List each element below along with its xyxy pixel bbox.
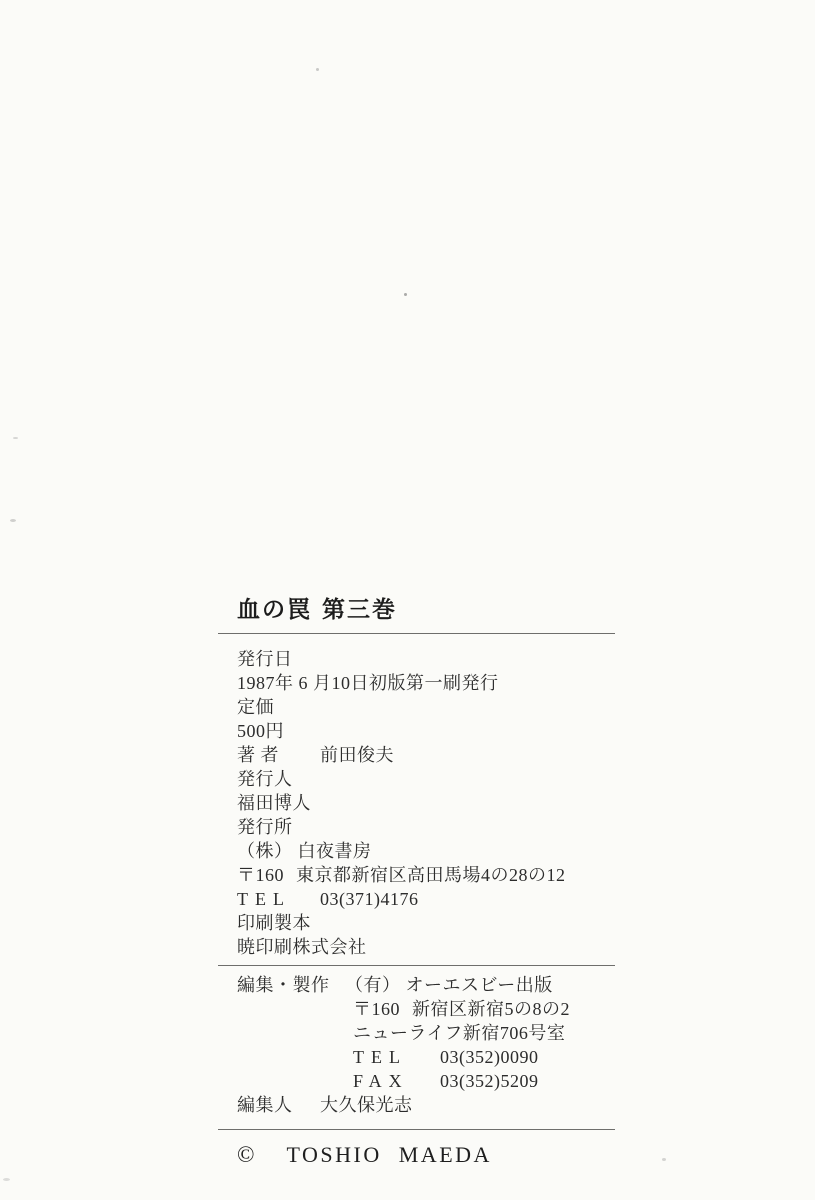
editorial-info-block: 編集・製作（有） オーエスビー出版 〒160新宿区新宿5の8の2 ニューライフ新… (237, 973, 615, 1117)
editorial-tel-number: 03(352)0090 (440, 1047, 539, 1067)
scan-speck (404, 293, 407, 296)
printing-company: 暁印刷株式会社 (237, 935, 615, 959)
editor-label: 編集人 (237, 1093, 320, 1117)
divider-above-copyright (218, 1129, 615, 1130)
colophon-block: 血の罠 第三巻 発行日 1987年 6 月10日初版第一刷発行 定価 500円 … (218, 588, 615, 1170)
author-label: 著 者 (237, 743, 320, 767)
publishing-office-name: （株） 白夜書房 (237, 839, 615, 863)
author-name: 前田俊夫 (320, 745, 394, 765)
editorial-address: 新宿区新宿5の8の2 (412, 999, 570, 1019)
issue-date-label: 発行日 (237, 647, 615, 671)
publisher-tel-label: TEL (237, 887, 320, 911)
editor-row: 編集人大久保光志 (237, 1093, 615, 1117)
editing-production-row: 編集・製作（有） オーエスビー出版 (237, 973, 615, 997)
printing-label: 印刷製本 (237, 911, 615, 935)
editing-production-label: 編集・製作 (237, 973, 345, 997)
scan-speck (3, 1178, 10, 1181)
author-row: 著 者前田俊夫 (237, 743, 615, 767)
copyright-holder: TOSHIO MAEDA (286, 1142, 491, 1167)
editorial-address-line2: ニューライフ新宿706号室 (237, 1021, 615, 1045)
publishing-office-label: 発行所 (237, 815, 615, 839)
scanned-colophon-page: 血の罠 第三巻 発行日 1987年 6 月10日初版第一刷発行 定価 500円 … (0, 0, 815, 1200)
copyright-icon: © (237, 1140, 254, 1170)
scan-speck (662, 1158, 666, 1161)
editorial-tel-label: TEL (353, 1045, 440, 1069)
book-title: 血の罠 第三巻 (237, 596, 615, 624)
divider-above-editorial (218, 965, 615, 966)
divider-under-title (218, 633, 615, 634)
publisher-address-row: 〒160東京都新宿区高田馬場4の28の12 (237, 863, 615, 887)
publisher-tel-row: TEL03(371)4176 (237, 887, 615, 911)
editorial-fax-number: 03(352)5209 (440, 1071, 539, 1091)
editorial-fax-row: FAX03(352)5209 (237, 1069, 615, 1093)
editorial-postal-code: 〒160 (353, 999, 400, 1019)
issuer-label: 発行人 (237, 767, 615, 791)
editorial-tel-row: TEL03(352)0090 (237, 1045, 615, 1069)
editorial-address-row: 〒160新宿区新宿5の8の2 (237, 997, 615, 1021)
scan-speck (13, 437, 18, 439)
publisher-tel-number: 03(371)4176 (320, 889, 419, 909)
price-value: 500円 (237, 719, 615, 743)
copyright-line: ©TOSHIO MAEDA (237, 1140, 615, 1170)
scan-speck (316, 68, 319, 71)
editing-production-company: （有） オーエスビー出版 (345, 975, 553, 995)
editor-name: 大久保光志 (320, 1095, 413, 1115)
publisher-postal-code: 〒160 (237, 865, 284, 885)
scan-speck (10, 519, 16, 522)
issue-date-value: 1987年 6 月10日初版第一刷発行 (237, 671, 615, 695)
editorial-fax-label: FAX (353, 1069, 440, 1093)
publisher-address: 東京都新宿区高田馬場4の28の12 (296, 865, 566, 885)
price-label: 定価 (237, 695, 615, 719)
issuer-name: 福田博人 (237, 791, 615, 815)
publisher-info-block: 発行日 1987年 6 月10日初版第一刷発行 定価 500円 著 者前田俊夫 … (237, 647, 615, 959)
